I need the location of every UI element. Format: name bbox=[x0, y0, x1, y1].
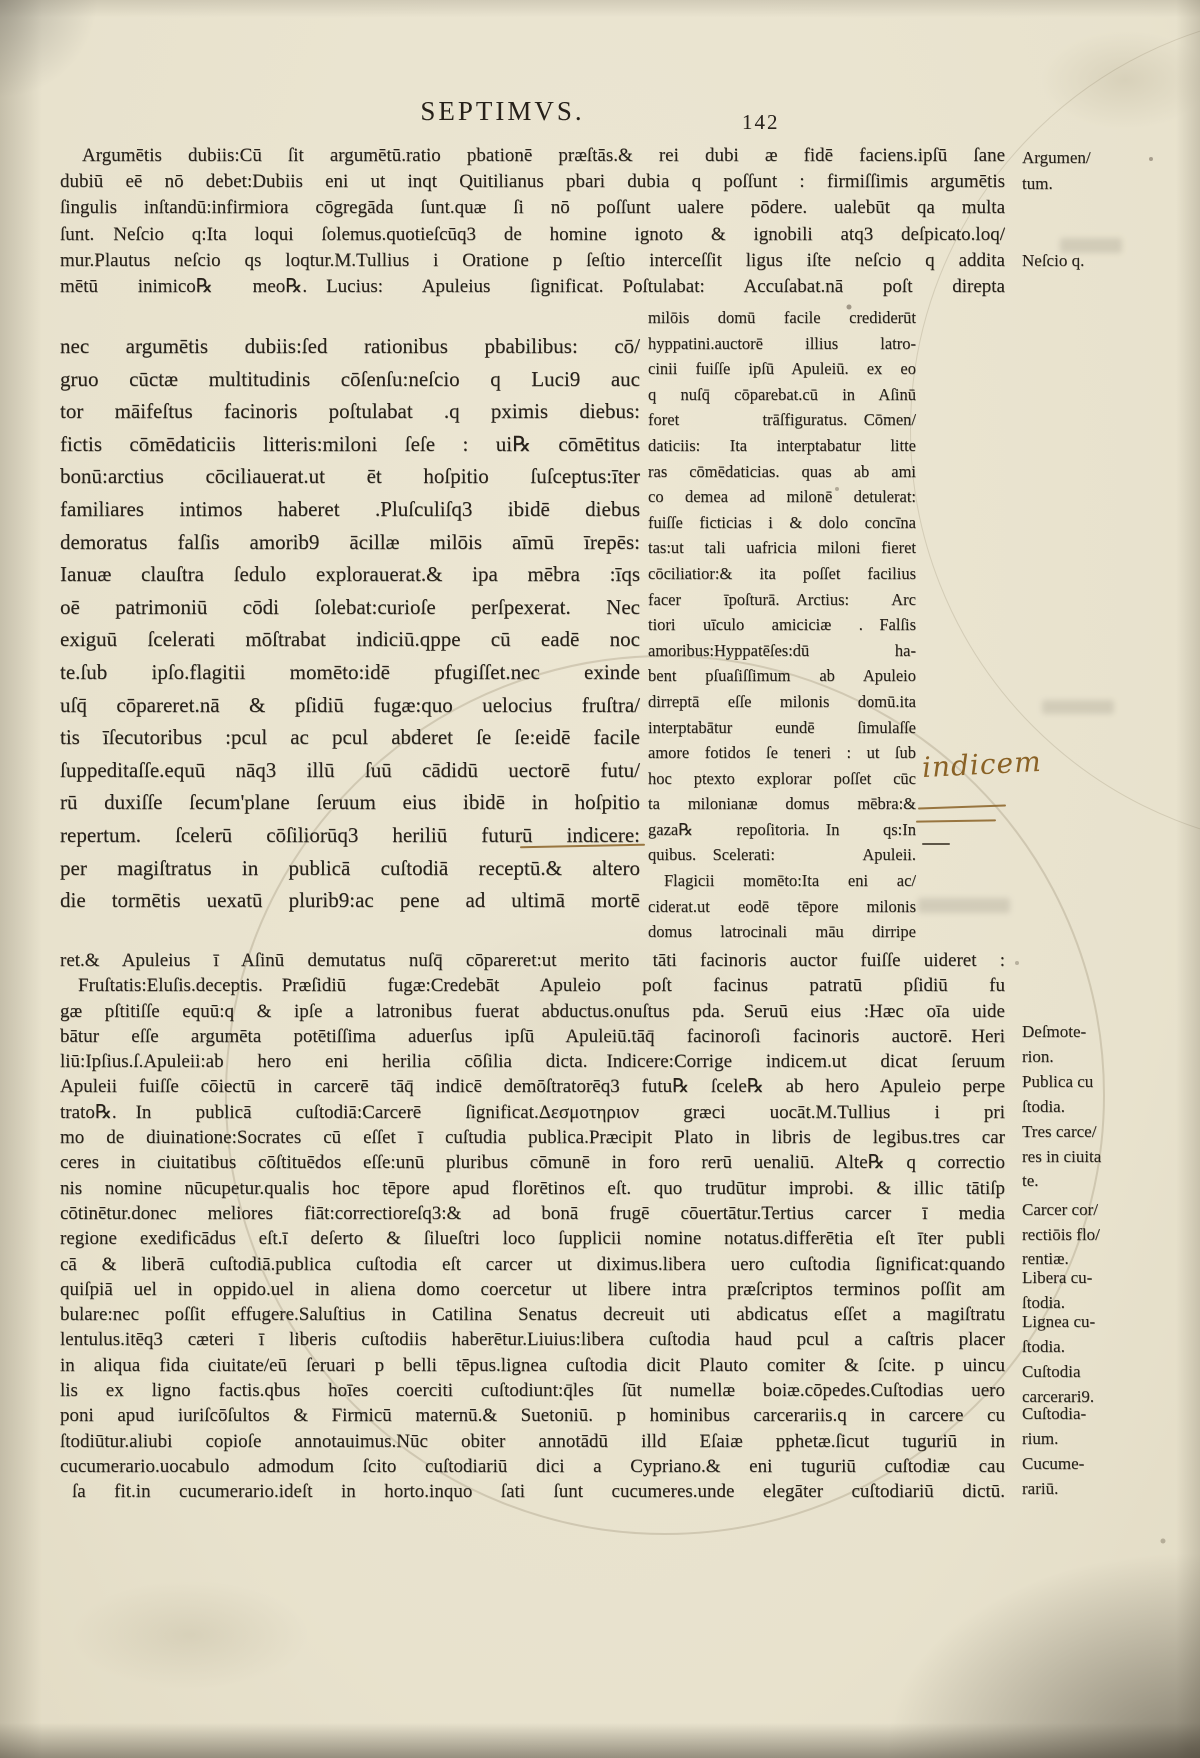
bottom-paragraph: ret.& Apuleius ī Aſinū demutatus nuſq̄ c… bbox=[60, 948, 1005, 1505]
text-line: in aliqua fida ciuitate/eū ſeruari p bel… bbox=[60, 1353, 1005, 1378]
margin-note-line: Lignea cu- bbox=[1022, 1310, 1187, 1335]
text-line: foret trāſfiguratus. Cōmen/ bbox=[648, 407, 916, 433]
text-line: hoc ptexto explorar poſſet cūc bbox=[648, 766, 916, 792]
margin-note-group: Carcer cor/rectiōis flo/rentiæ. bbox=[1022, 1198, 1187, 1272]
text-line: ta milonianæ domus mēbra:& bbox=[648, 791, 916, 817]
margin-note-line: Cuſtodia- bbox=[1022, 1402, 1187, 1427]
text-line: cōtinētur.donec meliores fiāt:correctior… bbox=[60, 1201, 1005, 1226]
text-line: amoribus:Hyppatēſes:dū ha- bbox=[648, 638, 916, 664]
text-line: ſingulis inſtandū:infirmiora cōgregāda ſ… bbox=[60, 195, 1005, 221]
text-line: Fruſtatis:Eluſis.deceptis. Præſidiū fugæ… bbox=[60, 973, 1005, 998]
margin-note-group: Cuſtodia-rium. bbox=[1022, 1402, 1187, 1451]
text-line: Flagicii momēto:Ita eni ac/ bbox=[648, 868, 916, 894]
text-line: lentulus.itēq3 cæteri ī liberis cuſtodii… bbox=[60, 1327, 1005, 1352]
text-line: cinii fuiſſe ipſū Apuleiū. ex eo bbox=[648, 356, 916, 382]
text-line: die tormētis uexatū plurib9:ac pene ad u… bbox=[60, 884, 640, 917]
margin-note-line: Publica cu bbox=[1022, 1070, 1187, 1095]
book-page: SEPTIMVS. 142 Argumētis dubiis:Cū ſit ar… bbox=[0, 0, 1200, 1758]
margin-note-line: Cucume- bbox=[1022, 1452, 1187, 1477]
text-line: poni apud iuriſcōſultos & Firmicū matern… bbox=[60, 1403, 1005, 1428]
text-line: nec argumētis dubiis:ſed rationibus pbab… bbox=[60, 330, 640, 363]
margin-note-line: ſtodia. bbox=[1022, 1335, 1187, 1360]
text-line: Ianuæ clauſtra ſedulo explorauerat.& ipa… bbox=[60, 558, 640, 591]
text-line: fuiſſe ficticias i & dolo concīna bbox=[648, 510, 916, 536]
ink-dash bbox=[922, 843, 950, 845]
text-line: rū duxiſſe ſecum'plane ſeruum eius ibidē… bbox=[60, 786, 640, 819]
text-line: mur.Plautus neſcio qs loqtur.M.Tullius i… bbox=[60, 248, 1005, 274]
text-line: Apuleii fuiſſe cōiectū in carcerē tāq̄ i… bbox=[60, 1074, 1005, 1099]
margin-note-group: Lignea cu-ſtodia. bbox=[1022, 1310, 1187, 1359]
margin-note-line: Tres carce/ bbox=[1022, 1120, 1187, 1145]
text-line: facer īpoſturā. Arctius: Arc bbox=[648, 587, 916, 613]
margin-note-line: rion. bbox=[1022, 1045, 1187, 1070]
text-line: Argumētis dubiis:Cū ſit argumētū.ratio p… bbox=[60, 143, 1005, 169]
text-line: exiguū ſcelerati mōſtrabat indiciū.qppe … bbox=[60, 623, 640, 656]
text-line: nis nomine nūcupetur.qualis hoc tēpore a… bbox=[60, 1176, 1005, 1201]
margin-note-line: res in ciuita bbox=[1022, 1145, 1187, 1170]
text-line: hyppatini.auctorē illius latro- bbox=[648, 331, 916, 357]
text-line: familiares intimos haberet .Pluſculiſq3 … bbox=[60, 493, 640, 526]
text-line: daticiis: Ita interptabatur litte bbox=[648, 433, 916, 459]
margin-note-group: Deſmote-rion. bbox=[1022, 1020, 1187, 1069]
text-line: ſtodiūtur.aliubi copioſe annotauimus.Nūc… bbox=[60, 1429, 1005, 1454]
margin-note-line: Carcer cor/ bbox=[1022, 1198, 1187, 1223]
text-line: quiſpiā uel in oppido.uel in aliena domo… bbox=[60, 1277, 1005, 1302]
text-line: bulare:nec poſſit effugere.Saluſtius in … bbox=[60, 1302, 1005, 1327]
margin-note-line: Cuſtodia bbox=[1022, 1360, 1187, 1385]
text-line: gaza℞ repoſitoria. In qs:In bbox=[648, 817, 916, 843]
paper-stain bbox=[70, 1580, 310, 1690]
text-line: ras cōmēdaticias. quas ab ami bbox=[648, 459, 916, 485]
text-line: ret.& Apuleius ī Aſinū demutatus nuſq̄ c… bbox=[60, 948, 1005, 973]
text-line: cōciliatior:& ita poſſet facilius bbox=[648, 561, 916, 587]
text-line: trato℞. In publicā cuſtodiā:Carcerē ſign… bbox=[60, 1100, 1005, 1125]
text-line: liū:Ipſius.ſ.Apuleii:ab hero eni herilia… bbox=[60, 1049, 1005, 1074]
ink-underline bbox=[918, 804, 1006, 809]
page-number: 142 bbox=[742, 110, 780, 135]
text-line: bātur eſſe argumēta potētiſſima aduerſus… bbox=[60, 1024, 1005, 1049]
text-line: gæ pſtitiſſe equū:q & ipſe a latronibus … bbox=[60, 999, 1005, 1024]
text-line: ciderat.ut eodē tēpore milonis bbox=[648, 894, 916, 920]
text-line: demoratus falſis amorib9 ācillæ milōis a… bbox=[60, 526, 640, 559]
ink-specks bbox=[0, 0, 2, 2]
main-text-column: nec argumētis dubiis:ſed rationibus pbab… bbox=[60, 330, 640, 917]
text-line: gruo cūctæ multitudinis cōſenſu:neſcio q… bbox=[60, 363, 640, 396]
ink-underline bbox=[916, 819, 996, 822]
text-line: dubiū eē nō debet:Dubiis eni ut inqt Qui… bbox=[60, 169, 1005, 195]
margin-note-line: rariū. bbox=[1022, 1477, 1187, 1502]
text-line: lis ex ligno factis.qbus hoīes coerciti … bbox=[60, 1378, 1005, 1403]
text-line: tor māifeſtus facinoris poſtulabat .q px… bbox=[60, 395, 640, 428]
text-line: per magiſtratus in publicā cuſtodiā rece… bbox=[60, 852, 640, 885]
text-line: domus latrocinali māu dirripe bbox=[648, 919, 916, 945]
text-line: tas:ut tali uafricia miloni fieret bbox=[648, 535, 916, 561]
text-line: oē patrimoniū cōdi ſolebat:curioſe perſp… bbox=[60, 591, 640, 624]
text-line: co demea ad milonē detulerat: bbox=[648, 484, 916, 510]
text-line: amore fotidos ſe teneri : ut ſub bbox=[648, 740, 916, 766]
text-line: bonū:arctius cōciliauerat.ut ēt hoſpitio… bbox=[60, 460, 640, 493]
intro-paragraph: Argumētis dubiis:Cū ſit argumētū.ratio p… bbox=[60, 143, 1005, 300]
text-line: fictis cōmēdaticiis litteris:miloni ſeſe… bbox=[60, 428, 640, 461]
commentary-column: milōis domū facile crediderūthyppatini.a… bbox=[648, 305, 916, 945]
showthrough-mark bbox=[918, 898, 1010, 913]
text-line: cucumerario.uocabulo admodum ſcito cuſto… bbox=[60, 1454, 1005, 1479]
text-line: q nuſq̄ cōparebat.cū in Aſinū bbox=[648, 382, 916, 408]
margin-note-line: Deſmote- bbox=[1022, 1020, 1187, 1045]
text-line: milōis domū facile crediderūt bbox=[648, 305, 916, 331]
bottom-margin-notes: Deſmote-rion.Publica cuſtodia.Tres carce… bbox=[1022, 0, 1187, 1758]
margin-note-group: Libera cu-ſtodia. bbox=[1022, 1266, 1187, 1315]
text-line: interptabātur eundē ſimulaſſe bbox=[648, 715, 916, 741]
running-title: SEPTIMVS. bbox=[0, 96, 1005, 127]
margin-note-line: Libera cu- bbox=[1022, 1266, 1187, 1291]
text-line: mētū inimico℞ meo℞. Lucius: Apuleius ſig… bbox=[60, 274, 1005, 300]
text-line: mo de diuinatione:Socrates cū eſſet ī cu… bbox=[60, 1125, 1005, 1150]
margin-note-line: rectiōis flo/ bbox=[1022, 1223, 1187, 1248]
text-line: cā & liberā cuſtodiā.publica cuſtodia eſ… bbox=[60, 1252, 1005, 1277]
text-line: dirreptā eſſe milonis domū.ita bbox=[648, 689, 916, 715]
text-line: uſq̄ cōpareret.nā & pſidiū fugæ:quo uelo… bbox=[60, 689, 640, 722]
margin-note-group: Tres carce/res in ciuitate. bbox=[1022, 1120, 1187, 1194]
text-line: regione exedificādus eſt.ī deſerto & ſil… bbox=[60, 1226, 1005, 1251]
text-line: ſunt. Neſcio q:Ita loqui ſolemus.quotieſ… bbox=[60, 222, 1005, 248]
text-line: ſa fit.in cucumerario.ideſt in horto.inq… bbox=[60, 1479, 1005, 1504]
text-line: tis īſecutoribus :pcul ac pcul abderet ſ… bbox=[60, 721, 640, 754]
margin-note-line: te. bbox=[1022, 1169, 1187, 1194]
margin-note-group: Publica cuſtodia. bbox=[1022, 1070, 1187, 1119]
text-line: ceres in ciuitatibus cōſtituēdos eſſe:un… bbox=[60, 1150, 1005, 1175]
text-line: quibus. Scelerati: Apuleii. bbox=[648, 842, 916, 868]
text-line: tiori uīculo amiciciæ . Falſis bbox=[648, 612, 916, 638]
margin-note-line: rium. bbox=[1022, 1427, 1187, 1452]
text-line: te.ſub ipſo.flagitii momēto:idē pfugiſſe… bbox=[60, 656, 640, 689]
margin-note-line: ſtodia. bbox=[1022, 1095, 1187, 1120]
margin-note-group: Cucume-rariū. bbox=[1022, 1452, 1187, 1501]
text-line: ſuppeditaſſe.equū nāq3 illū ſuū cādidū u… bbox=[60, 754, 640, 787]
text-line: bent pſuaſiſſimum ab Apuleio bbox=[648, 663, 916, 689]
